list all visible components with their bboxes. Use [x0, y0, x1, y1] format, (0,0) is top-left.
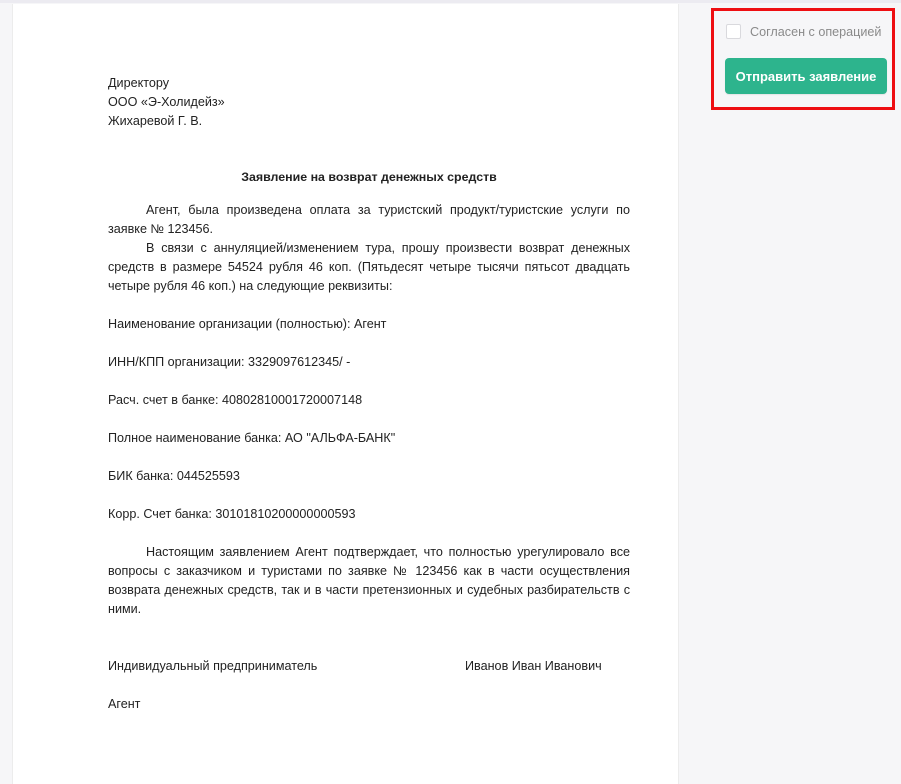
refund-request-paragraph: В связи с аннуляцией/изменением тура, пр… — [108, 239, 630, 296]
signer-role: Агент — [108, 695, 630, 714]
org-name-field: Наименование организации (полностью): Аг… — [108, 315, 630, 334]
consent-label[interactable]: Согласен с операцией — [750, 25, 881, 39]
addressee-line: ООО «Э-Холидейз» — [108, 93, 630, 112]
consent-checkbox[interactable] — [726, 24, 741, 39]
payment-paragraph: Агент, была произведена оплата за турист… — [108, 201, 630, 239]
confirmation-paragraph: Настоящим заявлением Агент подтверждает,… — [108, 543, 630, 619]
consent-checkbox-row[interactable]: Согласен с операцией — [726, 24, 881, 39]
corr-account-field: Корр. Счет банка: 30101810200000000593 — [108, 505, 630, 524]
document-preview: Директору ООО «Э-Холидейз» Жихаревой Г. … — [12, 4, 679, 771]
action-panel-highlight: Согласен с операцией Отправить заявление — [711, 8, 895, 110]
top-divider — [0, 0, 901, 3]
signer-name: Иванов Иван Иванович — [465, 657, 602, 676]
account-field: Расч. счет в банке: 40802810001720007148 — [108, 391, 630, 410]
signature-line: Индивидуальный предприниматель Иванов Ив… — [108, 657, 630, 676]
bank-name-field: Полное наименование банка: АО "АЛЬФА-БАН… — [108, 429, 630, 448]
refund-application: Директору ООО «Э-Холидейз» Жихаревой Г. … — [108, 74, 630, 714]
addressee-block: Директору ООО «Э-Холидейз» Жихаревой Г. … — [108, 74, 630, 131]
signer-position: Индивидуальный предприниматель — [108, 657, 317, 676]
addressee-line: Жихаревой Г. В. — [108, 112, 630, 131]
inn-kpp-field: ИНН/КПП организации: 3329097612345/ - — [108, 353, 630, 372]
document-title: Заявление на возврат денежных средств — [108, 168, 630, 187]
addressee-line: Директору — [108, 74, 630, 93]
submit-application-button[interactable]: Отправить заявление — [725, 58, 887, 94]
bik-field: БИК банка: 044525593 — [108, 467, 630, 486]
